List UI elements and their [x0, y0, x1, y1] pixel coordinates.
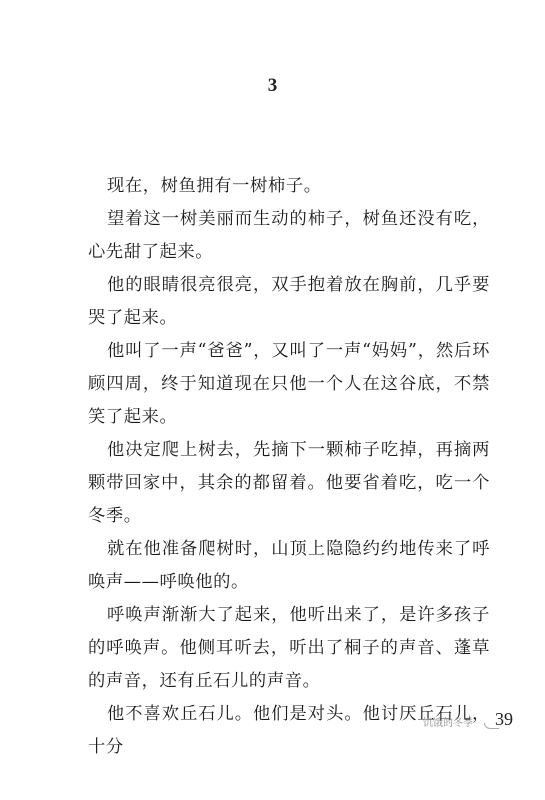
body-text: 现在，树鱼拥有一树柿子。 望着这一树美丽而生动的柿子，树鱼还没有吃，心先甜了起来… [88, 170, 490, 764]
paragraph: 望着这一树美丽而生动的柿子，树鱼还没有吃，心先甜了起来。 [88, 203, 490, 269]
paragraph: 就在他准备爬树时，山顶上隐隐约约地传来了呼唤声——呼唤他的。 [88, 533, 490, 599]
running-footer-title: 饥饿的冬季 [423, 714, 473, 729]
paragraph: 现在，树鱼拥有一树柿子。 [88, 170, 490, 203]
paragraph: 他的眼睛很亮很亮，双手抱着放在胸前，几乎要哭了起来。 [88, 269, 490, 335]
paragraph: 呼唤声渐渐大了起来，他听出来了，是许多孩子的呼唤声。他侧耳听去，听出了桐子的声音… [88, 599, 490, 698]
page-number: 39 [495, 709, 513, 730]
paragraph: 他叫了一声“爸爸”，又叫了一声“妈妈”，然后环顾四周，终于知道现在只他一个人在这… [88, 335, 490, 434]
chapter-number: 3 [0, 75, 545, 97]
paragraph: 他决定爬上树去，先摘下一颗柿子吃掉，再摘两颗带回家中，其余的都留着。他要省着吃，… [88, 434, 490, 533]
paragraph: 他不喜欢丘石儿。他们是对头。他讨厌丘石儿，十分 [88, 698, 490, 764]
